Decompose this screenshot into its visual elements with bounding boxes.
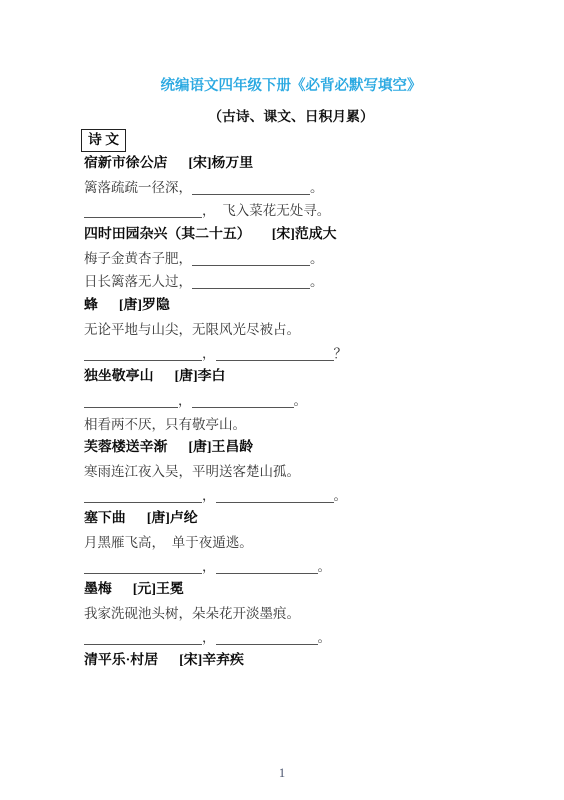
poem-author: [宋]杨万里: [188, 156, 253, 171]
fill-in-blank: [84, 639, 202, 645]
poem-author: [宋]范成大: [272, 227, 337, 242]
text-segment: 寒雨连江夜入吴，平明送客楚山孤。: [84, 464, 300, 479]
poem-author: [宋]辛弃疾: [179, 653, 244, 668]
poem-line: 月黑雁飞高， 单于夜遁逃。: [84, 531, 524, 555]
text-segment: ，: [202, 630, 216, 645]
poem-line: ， 飞入菜花无处寻。: [84, 199, 524, 223]
poem-line: 篱落疏疏一径深，。: [84, 176, 524, 200]
poem-title: 墨梅: [84, 582, 112, 597]
text-segment: 我家洗砚池头树，朵朵花开淡墨痕。: [84, 606, 300, 621]
text-segment: ，: [202, 559, 216, 574]
poem-heading: 清平乐·村居[宋]辛弃疾: [84, 649, 524, 673]
fill-in-blank: [84, 212, 202, 218]
fill-in-blank: [84, 568, 202, 574]
text-segment: 月黑雁飞高， 单于夜遁逃。: [84, 535, 253, 550]
text-segment: 。: [310, 274, 324, 289]
poem-heading: 独坐敬亭山[唐]李白: [84, 365, 524, 389]
document-page: 统编语文四年级下册《必背必默写填空》 （古诗、课文、日积月累） 诗 文 宿新市徐…: [0, 0, 564, 800]
poem-line: ，。: [84, 626, 524, 650]
poem-line: 我家洗砚池头树，朵朵花开淡墨痕。: [84, 602, 524, 626]
fill-in-blank: [84, 497, 202, 503]
poem-heading: 墨梅[元]王冕: [84, 578, 524, 602]
text-segment: 。: [318, 630, 332, 645]
text-segment: 。: [334, 488, 348, 503]
text-segment: ，: [202, 488, 216, 503]
poem-heading: 蜂[唐]罗隐: [84, 294, 524, 318]
poem-line: 日长篱落无人过，。: [84, 270, 524, 294]
text-segment: 相看两不厌，只有敬亭山。: [84, 417, 246, 432]
document-title: 统编语文四年级下册《必背必默写填空》: [82, 74, 500, 95]
poem-line: 相看两不厌，只有敬亭山。: [84, 413, 524, 437]
poem-title: 四时田园杂兴（其二十五）: [84, 227, 251, 242]
poem-heading: 芙蓉楼送辛渐[唐]王昌龄: [84, 436, 524, 460]
poem-title: 蜂: [84, 298, 98, 313]
poem-author: [唐]王昌龄: [188, 440, 253, 455]
text-segment: ？: [334, 346, 348, 361]
text-segment: ， 飞入菜花无处寻。: [202, 203, 330, 218]
text-segment: ，: [178, 393, 192, 408]
fill-in-blank: [192, 402, 294, 408]
poem-line: 梅子金黄杏子肥，。: [84, 247, 524, 271]
fill-in-blank: [192, 189, 310, 195]
text-segment: 。: [310, 180, 324, 195]
document-subtitle: （古诗、课文、日积月累）: [82, 105, 500, 125]
poem-line: 寒雨连江夜入吴，平明送客楚山孤。: [84, 460, 524, 484]
poem-title: 塞下曲: [84, 511, 126, 526]
poem-heading: 塞下曲[唐]卢纶: [84, 507, 524, 531]
poem-title: 独坐敬亭山: [84, 369, 153, 384]
poem-heading: 四时田园杂兴（其二十五）[宋]范成大: [84, 223, 524, 247]
fill-in-blank: [216, 355, 334, 361]
fill-in-blank: [84, 355, 202, 361]
poem-title: 清平乐·村居: [84, 653, 158, 668]
poem-line: 无论平地与山尖，无限风光尽被占。: [84, 318, 524, 342]
text-segment: 。: [294, 393, 308, 408]
poem-line: ，。: [84, 484, 524, 508]
poem-line: ，。: [84, 555, 524, 579]
fill-in-blank: [84, 402, 178, 408]
fill-in-blank: [216, 568, 318, 574]
section-label: 诗 文: [81, 129, 126, 152]
fill-in-blank: [192, 283, 310, 289]
poem-title: 宿新市徐公店: [84, 156, 167, 171]
text-segment: ，: [202, 346, 216, 361]
poem-author: [唐]罗隐: [119, 298, 170, 313]
text-segment: 篱落疏疏一径深，: [84, 180, 192, 195]
poem-lines: 宿新市徐公店[宋]杨万里篱落疏疏一径深，。， 飞入菜花无处寻。四时田园杂兴（其二…: [84, 152, 524, 673]
page-number: 1: [0, 766, 564, 781]
fill-in-blank: [216, 497, 334, 503]
text-segment: 日长篱落无人过，: [84, 274, 192, 289]
text-segment: 。: [318, 559, 332, 574]
text-segment: 梅子金黄杏子肥，: [84, 251, 192, 266]
text-segment: 。: [310, 251, 324, 266]
text-segment: 无论平地与山尖，无限风光尽被占。: [84, 322, 300, 337]
fill-in-blank: [216, 639, 318, 645]
poem-line: ，？: [84, 342, 524, 366]
poem-author: [唐]卢纶: [147, 511, 198, 526]
fill-in-blank: [192, 260, 310, 266]
poem-author: [元]王冕: [133, 582, 184, 597]
poem-heading: 宿新市徐公店[宋]杨万里: [84, 152, 524, 176]
poem-title: 芙蓉楼送辛渐: [84, 440, 167, 455]
poem-line: ，。: [84, 389, 524, 413]
poem-author: [唐]李白: [174, 369, 225, 384]
